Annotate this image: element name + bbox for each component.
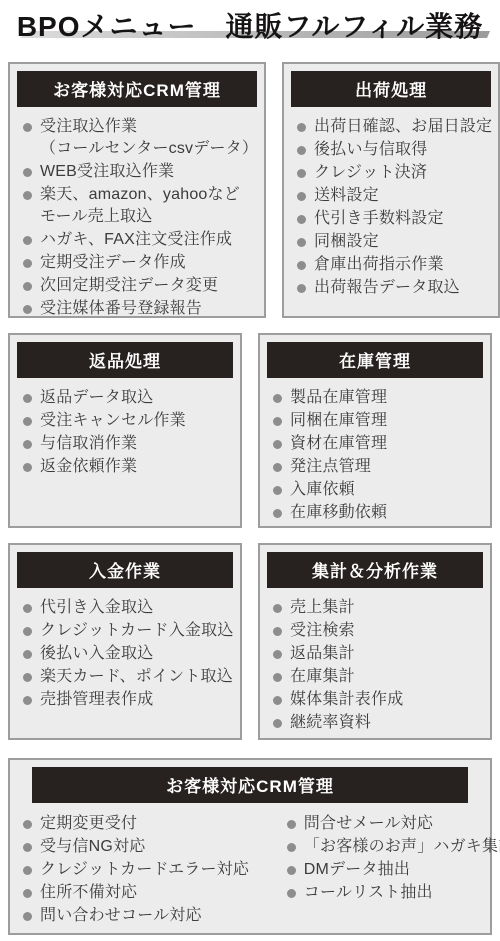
item-text: 継続率資料: [290, 712, 371, 734]
list-item: 送料設定: [297, 185, 492, 207]
bullet-icon: [273, 463, 282, 472]
task-list-analytics: 売上集計受注検索返品集計在庫集計媒体集計表作成継続率資料: [260, 597, 490, 734]
list-item: 受注キャンセル作業: [23, 410, 234, 432]
list-item: 在庫集計: [273, 666, 484, 688]
item-text: 後払い与信取得: [314, 139, 427, 161]
task-list-returns: 返品データ取込受注キャンセル作業与信取消作業返金依頼作業: [10, 387, 240, 478]
item-text: 同梱設定: [314, 231, 379, 253]
bullet-icon: [273, 486, 282, 495]
item-text: 受注媒体番号登録報告: [40, 298, 202, 320]
item-text: 楽天、amazon、yahooなどモール売上取込: [40, 184, 240, 228]
box-inventory: 在庫管理 製品在庫管理同梱在庫管理資材在庫管理発注点管理入庫依頼在庫移動依頼: [258, 333, 492, 528]
list-item: 在庫移動依頼: [273, 502, 484, 524]
list-item: 後払い入金取込: [23, 643, 234, 665]
list-item: 出荷日確認、お届日設定: [297, 116, 492, 138]
item-text: 発注点管理: [290, 456, 371, 478]
box-analytics: 集計＆分析作業 売上集計受注検索返品集計在庫集計媒体集計表作成継続率資料: [258, 543, 492, 740]
list-item: 後払い与信取得: [297, 139, 492, 161]
item-text: 製品在庫管理: [290, 387, 387, 409]
bullet-icon: [23, 650, 32, 659]
bullet-icon: [297, 192, 306, 201]
item-text: 返品データ取込: [40, 387, 153, 409]
item-text: 定期受注データ作成: [40, 252, 186, 274]
item-text: クレジットカード入金取込: [40, 620, 234, 642]
item-text: 返品集計: [290, 643, 355, 665]
bullet-icon: [273, 440, 282, 449]
box-header-inventory: 在庫管理: [267, 342, 483, 378]
bullet-icon: [273, 394, 282, 403]
item-text: ハガキ、FAX注文受注作成: [40, 229, 232, 251]
bullet-icon: [23, 604, 32, 613]
bullet-icon: [23, 627, 32, 636]
task-list-crm-left: 定期変更受付受与信NG対応クレジットカードエラー対応住所不備対応問い合わせコール…: [10, 813, 274, 928]
bullet-icon: [23, 820, 32, 829]
item-text: 受与信NG対応: [40, 836, 145, 858]
item-text: 入庫依頼: [290, 479, 355, 501]
list-item: DMデータ抽出: [287, 859, 500, 881]
bullet-icon: [23, 282, 32, 291]
row-3: 入金作業 代引き入金取込クレジットカード入金取込後払い入金取込楽天カード、ポイン…: [8, 543, 492, 740]
item-text: コールリスト抽出: [304, 882, 433, 904]
list-item: 継続率資料: [273, 712, 484, 734]
list-item: 問い合わせコール対応: [23, 905, 268, 927]
bullet-icon: [297, 169, 306, 178]
task-list-inventory: 製品在庫管理同梱在庫管理資材在庫管理発注点管理入庫依頼在庫移動依頼: [260, 387, 490, 524]
list-item: 受注取込作業（コールセンターcsvデータ）: [23, 116, 258, 160]
item-text: DMデータ抽出: [304, 859, 410, 881]
item-text: 在庫移動依頼: [290, 502, 387, 524]
box-customer-crm: お客様対応CRM管理 受注取込作業（コールセンターcsvデータ）WEB受注取込作…: [8, 62, 266, 318]
bullet-icon: [287, 843, 296, 852]
item-text: 受注取込作業（コールセンターcsvデータ）: [40, 116, 258, 160]
list-item: 受与信NG対応: [23, 836, 268, 858]
bullet-icon: [23, 305, 32, 314]
bullet-icon: [273, 719, 282, 728]
task-list-shipping: 出荷日確認、お届日設定後払い与信取得クレジット決済送料設定代引き手数料設定同梱設…: [284, 116, 498, 299]
item-text: 代引き手数料設定: [314, 208, 444, 230]
item-text: 在庫集計: [290, 666, 355, 688]
item-text: 次回定期受注データ変更: [40, 275, 218, 297]
item-text: 問い合わせコール対応: [40, 905, 202, 927]
bullet-icon: [23, 912, 32, 921]
task-list-customer-crm: 受注取込作業（コールセンターcsvデータ）WEB受注取込作業楽天、amazon、…: [10, 116, 264, 320]
list-item: 同梱在庫管理: [273, 410, 484, 432]
list-item: 返品データ取込: [23, 387, 234, 409]
list-item: 楽天、amazon、yahooなどモール売上取込: [23, 184, 258, 228]
item-text: 送料設定: [314, 185, 379, 207]
bullet-icon: [23, 889, 32, 898]
list-item: 与信取消作業: [23, 433, 234, 455]
box-shipping: 出荷処理 出荷日確認、お届日設定後払い与信取得クレジット決済送料設定代引き手数料…: [282, 62, 500, 318]
bullet-icon: [273, 696, 282, 705]
bullet-icon: [23, 259, 32, 268]
bullet-icon: [23, 168, 32, 177]
bullet-icon: [23, 236, 32, 245]
bullet-icon: [23, 440, 32, 449]
bullet-icon: [23, 866, 32, 875]
bullet-icon: [273, 673, 282, 682]
list-item: 倉庫出荷指示作業: [297, 254, 492, 276]
list-item: クレジットカード入金取込: [23, 620, 234, 642]
page-title: BPOメニュー 通販フルフィル業務: [0, 5, 500, 45]
item-text: クレジット決済: [314, 162, 427, 184]
item-text: 問合せメール対応: [304, 813, 433, 835]
list-item: 受注検索: [273, 620, 484, 642]
bullet-icon: [273, 509, 282, 518]
bullet-icon: [23, 191, 32, 200]
item-text: 倉庫出荷指示作業: [314, 254, 444, 276]
list-item: 発注点管理: [273, 456, 484, 478]
box-payment: 入金作業 代引き入金取込クレジットカード入金取込後払い入金取込楽天カード、ポイン…: [8, 543, 242, 740]
page-header: BPOメニュー 通販フルフィル業務: [0, 0, 500, 62]
list-item: 媒体集計表作成: [273, 689, 484, 711]
list-item: 出荷報告データ取込: [297, 277, 492, 299]
item-text: 「お客様のお声」ハガキ集計: [304, 836, 500, 858]
task-list-crm-right: 問合せメール対応「お客様のお声」ハガキ集計DMデータ抽出コールリスト抽出: [274, 813, 500, 928]
row-1: お客様対応CRM管理 受注取込作業（コールセンターcsvデータ）WEB受注取込作…: [8, 62, 492, 318]
list-item: 同梱設定: [297, 231, 492, 253]
list-item: 住所不備対応: [23, 882, 268, 904]
list-item: クレジットカードエラー対応: [23, 859, 268, 881]
bullet-icon: [23, 696, 32, 705]
item-text: 受注検索: [290, 620, 355, 642]
box-customer-crm-bottom: お客様対応CRM管理 定期変更受付受与信NG対応クレジットカードエラー対応住所不…: [8, 758, 492, 935]
item-text: 出荷報告データ取込: [314, 277, 460, 299]
item-text: WEB受注取込作業: [40, 161, 174, 183]
list-item: 代引き入金取込: [23, 597, 234, 619]
bullet-icon: [287, 889, 296, 898]
item-text: 定期変更受付: [40, 813, 137, 835]
bullet-icon: [297, 146, 306, 155]
bullet-icon: [297, 261, 306, 270]
item-text: 住所不備対応: [40, 882, 137, 904]
list-item: 入庫依頼: [273, 479, 484, 501]
list-item: 資材在庫管理: [273, 433, 484, 455]
list-item: 定期変更受付: [23, 813, 268, 835]
list-item: 製品在庫管理: [273, 387, 484, 409]
item-text: 返金依頼作業: [40, 456, 137, 478]
list-item: 定期受注データ作成: [23, 252, 258, 274]
bpo-menu-page: BPOメニュー 通販フルフィル業務 お客様対応CRM管理 受注取込作業（コールセ…: [0, 0, 500, 941]
list-item: 売上集計: [273, 597, 484, 619]
bullet-icon: [297, 123, 306, 132]
bullet-icon: [297, 238, 306, 247]
item-text: 売掛管理表作成: [40, 689, 153, 711]
list-item: ハガキ、FAX注文受注作成: [23, 229, 258, 251]
bullet-icon: [273, 417, 282, 426]
item-text: 媒体集計表作成: [290, 689, 403, 711]
bullet-icon: [287, 866, 296, 875]
row-2: 返品処理 返品データ取込受注キャンセル作業与信取消作業返金依頼作業 在庫管理 製…: [8, 333, 492, 528]
bullet-icon: [23, 673, 32, 682]
bullet-icon: [273, 627, 282, 636]
box-returns: 返品処理 返品データ取込受注キャンセル作業与信取消作業返金依頼作業: [8, 333, 242, 528]
list-item: 返品集計: [273, 643, 484, 665]
list-item: 「お客様のお声」ハガキ集計: [287, 836, 500, 858]
list-item: 売掛管理表作成: [23, 689, 234, 711]
item-text: 代引き入金取込: [40, 597, 153, 619]
item-text: 売上集計: [290, 597, 355, 619]
bullet-icon: [297, 284, 306, 293]
box-header-shipping: 出荷処理: [291, 71, 491, 107]
bullet-icon: [273, 604, 282, 613]
list-item: コールリスト抽出: [287, 882, 500, 904]
list-item: WEB受注取込作業: [23, 161, 258, 183]
bullet-icon: [297, 215, 306, 224]
list-item: 受注媒体番号登録報告: [23, 298, 258, 320]
bottom-columns: 定期変更受付受与信NG対応クレジットカードエラー対応住所不備対応問い合わせコール…: [10, 803, 490, 928]
bullet-icon: [23, 463, 32, 472]
list-item: クレジット決済: [297, 162, 492, 184]
item-text: 楽天カード、ポイント取込: [40, 666, 233, 688]
bullet-icon: [23, 843, 32, 852]
item-text: 与信取消作業: [40, 433, 137, 455]
bullet-icon: [23, 417, 32, 426]
box-header-customer-crm-bottom: お客様対応CRM管理: [32, 767, 468, 803]
box-header-payment: 入金作業: [17, 552, 233, 588]
bullet-icon: [23, 123, 32, 132]
item-text: 後払い入金取込: [40, 643, 153, 665]
item-text: 資材在庫管理: [290, 433, 387, 455]
item-text: 受注キャンセル作業: [40, 410, 186, 432]
box-header-customer-crm: お客様対応CRM管理: [17, 71, 257, 107]
list-item: 代引き手数料設定: [297, 208, 492, 230]
task-list-payment: 代引き入金取込クレジットカード入金取込後払い入金取込楽天カード、ポイント取込売掛…: [10, 597, 240, 711]
box-header-analytics: 集計＆分析作業: [267, 552, 483, 588]
bullet-icon: [273, 650, 282, 659]
item-text: 同梱在庫管理: [290, 410, 387, 432]
list-item: 返金依頼作業: [23, 456, 234, 478]
list-item: 問合せメール対応: [287, 813, 500, 835]
list-item: 次回定期受注データ変更: [23, 275, 258, 297]
item-text: 出荷日確認、お届日設定: [314, 116, 492, 138]
bullet-icon: [287, 820, 296, 829]
item-text: クレジットカードエラー対応: [40, 859, 249, 881]
bullet-icon: [23, 394, 32, 403]
box-header-returns: 返品処理: [17, 342, 233, 378]
list-item: 楽天カード、ポイント取込: [23, 666, 234, 688]
